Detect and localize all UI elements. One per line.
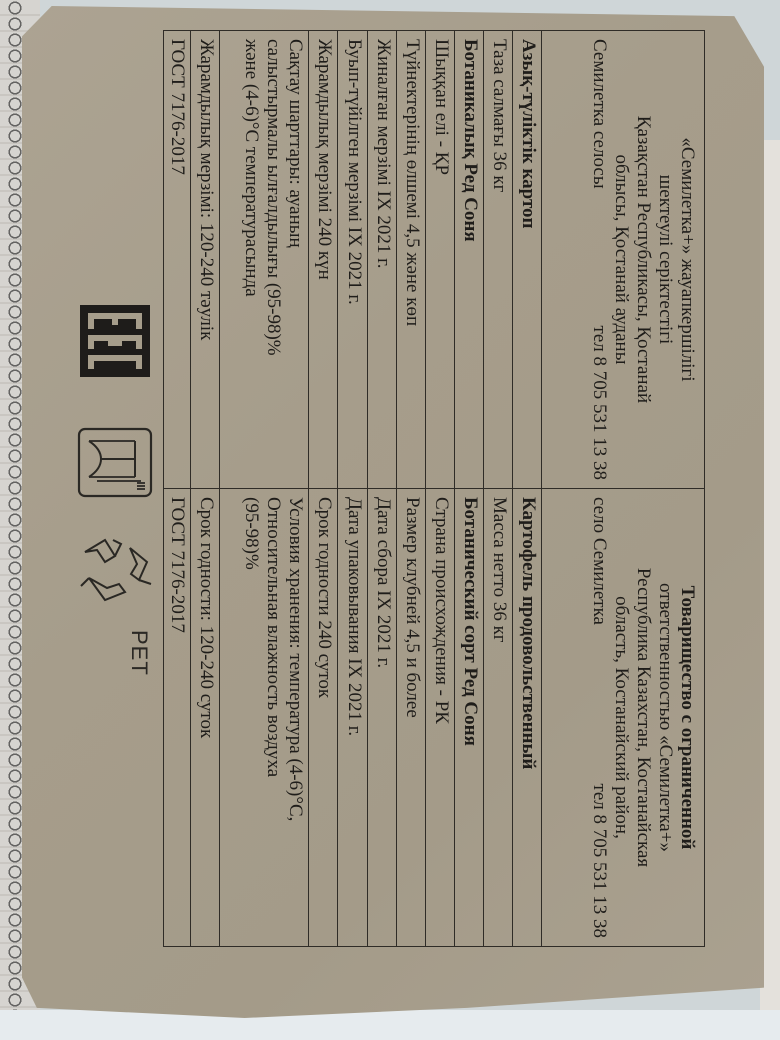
label-table: «Семилетка+» жауапкершілігі шектеулі сер… [163,30,705,947]
russian-shelf-life-days: Срок годности 240 суток [308,489,337,946]
kazakh-storage-line-1: Сақтау шарттары: ауаның [284,39,306,480]
russian-storage-line-2: Относительная влажность воздуха [262,497,284,938]
background-stitching [6,0,24,1040]
russian-origin: Страна происхождения - РК [425,489,454,946]
kazakh-storage-conditions: Сақтау шарттары: ауаның салыстырмалы ылғ… [219,31,308,488]
russian-contact-line: село Семилетка тел 8 705 531 13 38 [588,497,610,938]
russian-village: село Семилетка [588,497,610,625]
kazakh-harvest-date: Жиналған мерзімі IX 2021 г. [367,31,396,488]
russian-company-name: Товарищество с ограниченной [676,497,698,938]
kazakh-shelf-life: Жарамдылық мерзімі: 120-240 тәулік [190,31,219,488]
kazakh-product-type: Азық-түліктік картоп [512,31,541,488]
kazakh-storage-line-3: және (4-6)°С температурасында [240,39,262,480]
kazakh-packing-date: Буып-түйілген мерзімі IX 2021 г. [337,31,366,488]
recycling-code-pet: PET [126,630,152,676]
food-contact-icon [75,425,155,500]
kazakh-variety: Ботаникалық Ред Соня [454,31,483,488]
russian-address: Республика Казахстан, Костанайская [632,497,654,938]
russian-net-weight: Масса нетто 36 кг [483,489,512,946]
kazakh-manufacturer-header: «Семилетка+» жауапкершілігі шектеулі сер… [541,31,704,488]
russian-address-2: область, Костанайский район, [610,497,632,938]
russian-storage-conditions: Условия хранения: температура (4-6)°С, О… [219,489,308,946]
russian-manufacturer-header: Товарищество с ограниченной ответственно… [541,489,704,946]
russian-harvest-date: Дата сбора IX 2021 г. [367,489,396,946]
russian-phone: тел 8 705 531 13 38 [588,784,610,938]
russian-storage-line-3: (95-98)% [240,497,262,938]
kazakh-column: «Семилетка+» жауапкершілігі шектеулі сер… [164,31,704,488]
recycle-icon [75,530,155,615]
russian-tuber-size: Размер клубней 4,5 и более [396,489,425,946]
kazakh-address: Қазақстан Республикасы, Қостанай [632,39,654,480]
russian-column: Товарищество с ограниченной ответственно… [164,488,704,946]
kazakh-net-weight: Таза салмағы 36 кг [483,31,512,488]
russian-standard: ГОСТ 7176-2017 [164,489,190,946]
kazakh-company-name-2: шектеулі серіктестігі [654,39,676,480]
kazakh-company-name: «Семилетка+» жауапкершілігі [676,39,698,480]
kazakh-phone: тел 8 705 531 13 38 [588,326,610,480]
russian-variety: Ботанический сорт Ред Соня [454,489,483,946]
kazakh-storage-line-2: салыстырмалы ылғалдылығы (95-98)% [262,39,284,480]
background-surface-bottom [0,1010,780,1040]
product-label: «Семилетка+» жауапкершілігі шектеулі сер… [165,30,705,945]
russian-packing-date: Дата упаковывания IX 2021 г. [337,489,366,946]
label-symbols: PET [60,300,165,700]
kazakh-shelf-life-days: Жарамдылық мерзімі 240 күн [308,31,337,488]
russian-product-type: Картофель продовольственный [512,489,541,946]
russian-storage-line-1: Условия хранения: температура (4-6)°С, [284,497,306,938]
eac-mark-icon [80,305,150,377]
kazakh-origin: Шыққан елі - ҚР [425,31,454,488]
russian-company-name-2: ответственностью «Семилетка+» [654,497,676,938]
kazakh-address-2: облысы, Қостанай ауданы [610,39,632,480]
kazakh-standard: ГОСТ 7176-2017 [164,31,190,488]
russian-shelf-life: Срок годности: 120-240 суток [190,489,219,946]
kazakh-contact-line: Семилетка селосы тел 8 705 531 13 38 [588,39,610,480]
kazakh-village: Семилетка селосы [588,39,610,189]
kazakh-tuber-size: Түйнектерінің өлшемі 4,5 және көп [396,31,425,488]
